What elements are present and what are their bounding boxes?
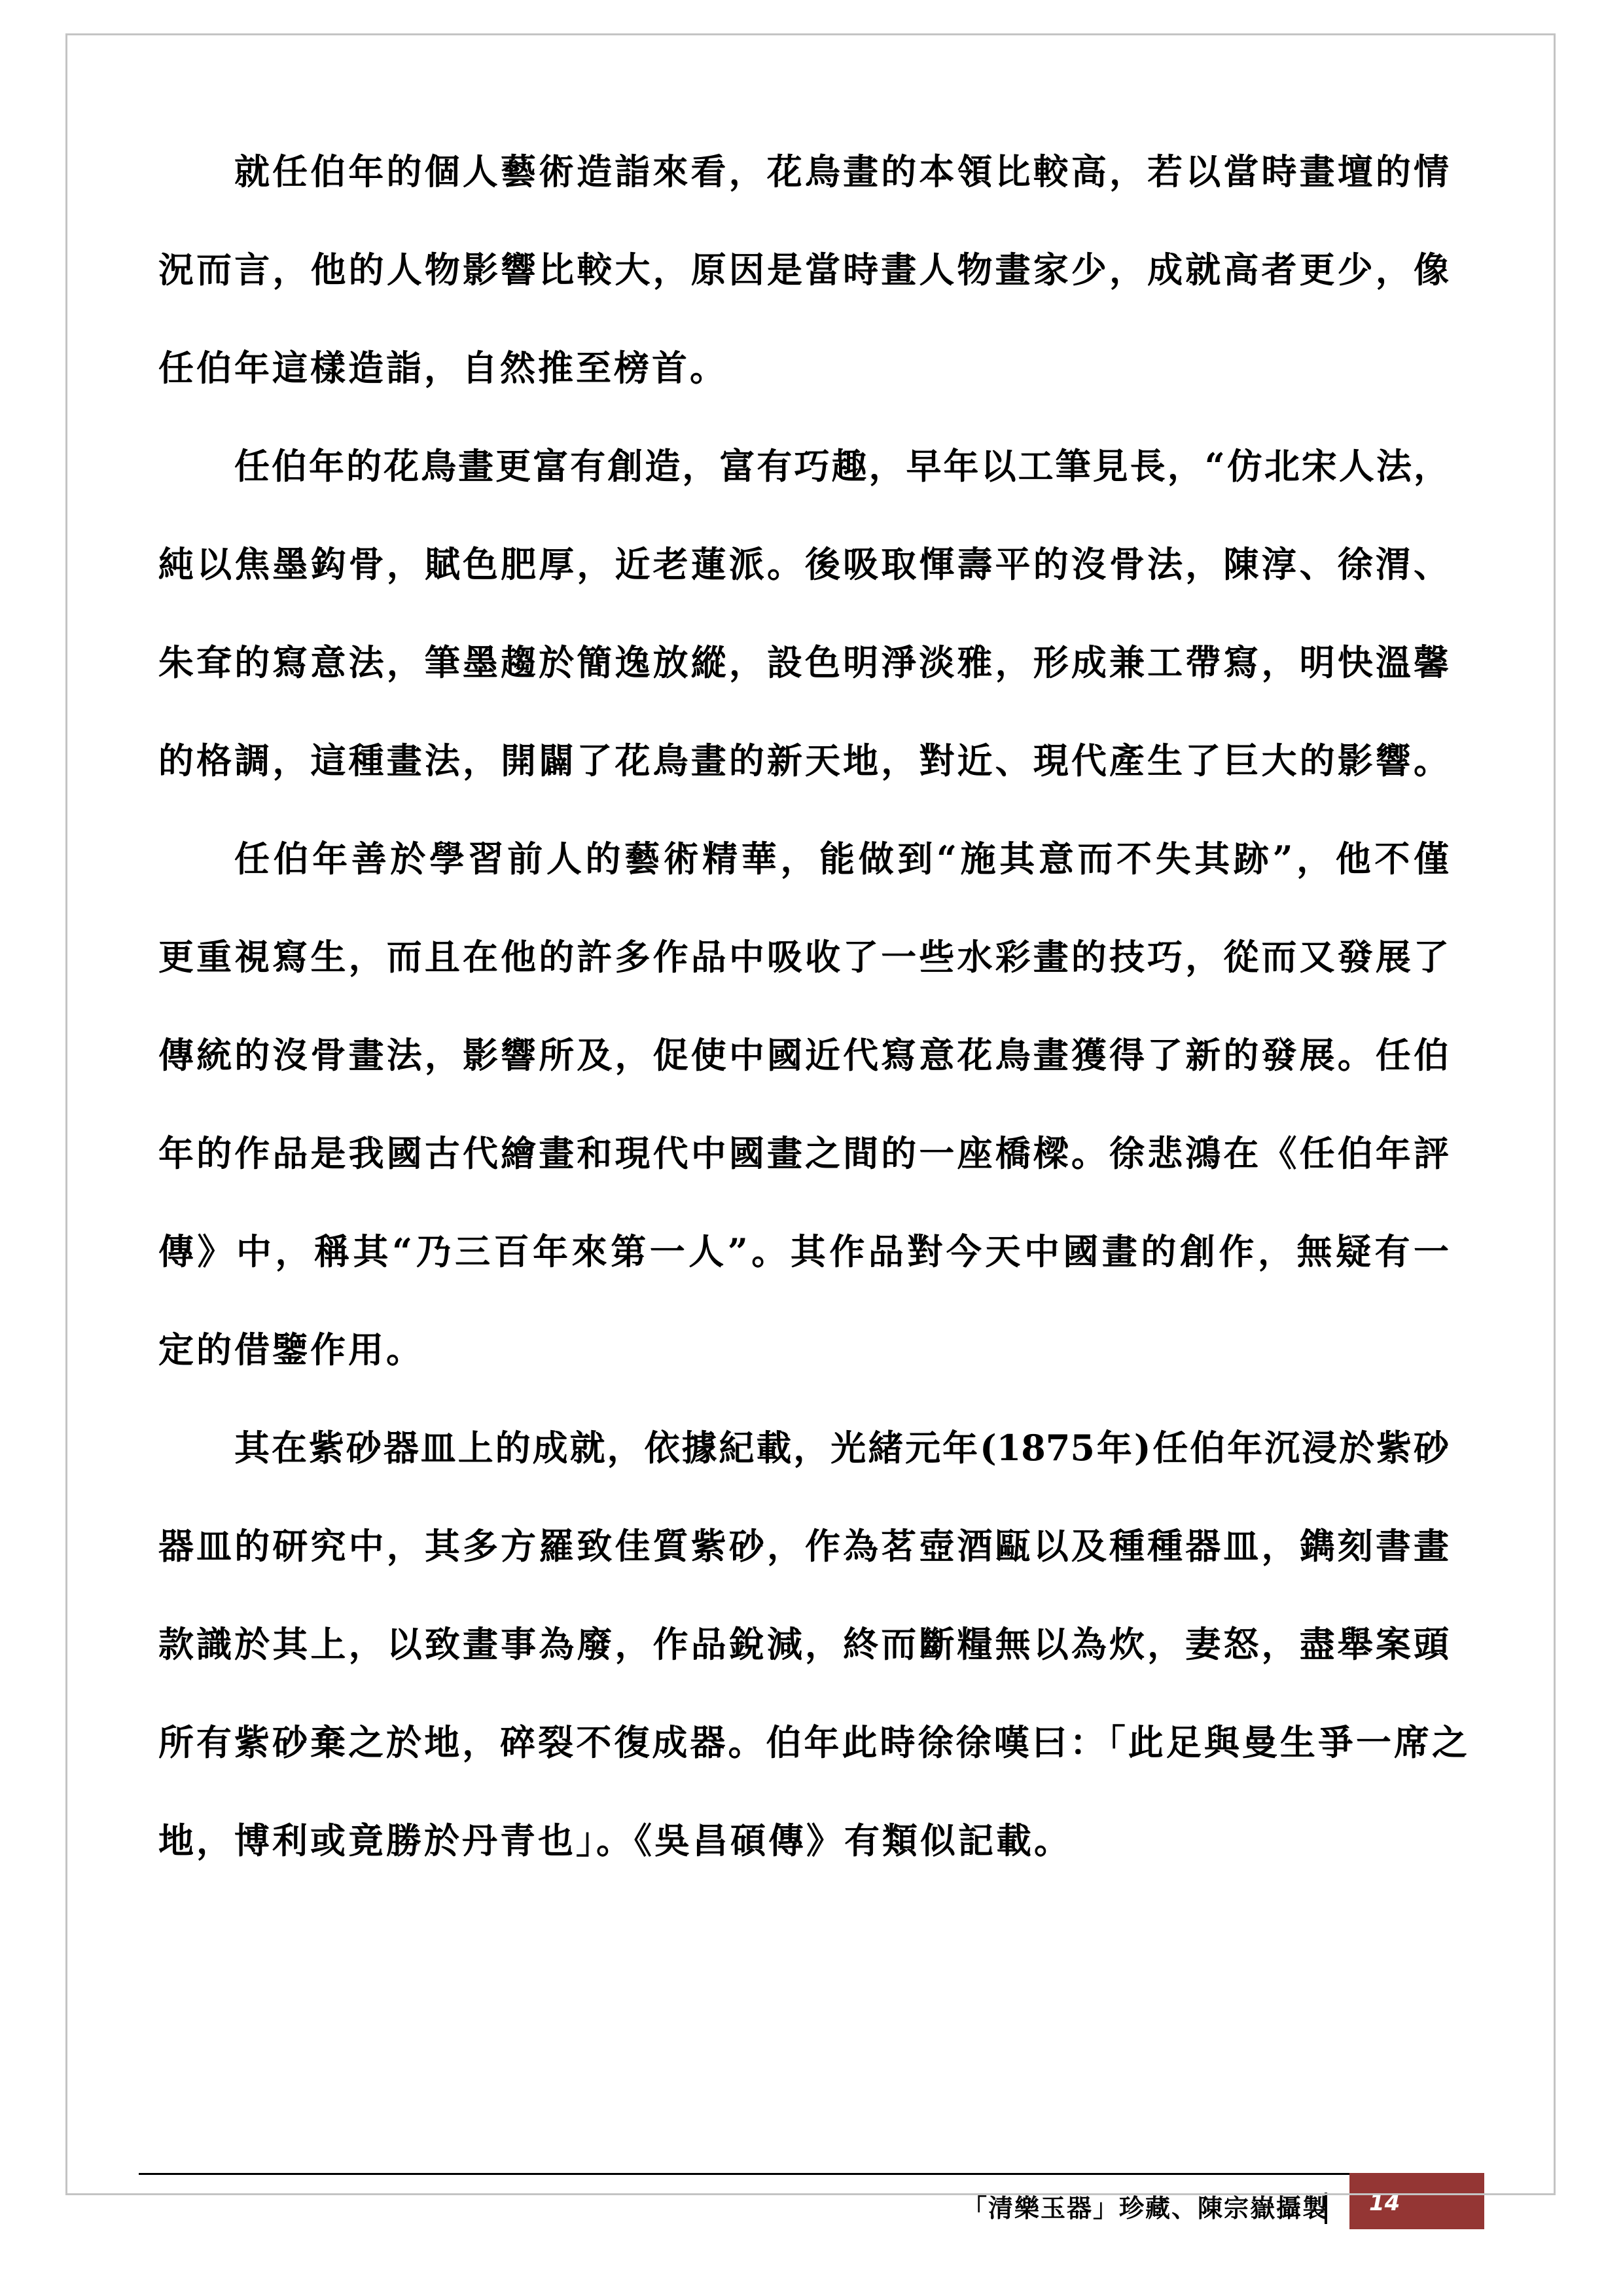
text-line: 定的借鑒作用。 bbox=[158, 1329, 1449, 1371]
text-line: 就任伯年的個人藝術造詣來看，花鳥畫的本領比較高，若以當時畫壇的情 bbox=[234, 151, 1449, 192]
text-line: 況而言，他的人物影響比較大，原因是當時畫人物畫家少，成就高者更少，像 bbox=[158, 249, 1449, 291]
text-line: 其在紫砂器皿上的成就，依據紀載，光緒元年(1875年)任伯年沉浸於紫砂 bbox=[234, 1427, 1449, 1469]
text-line: 器皿的研究中，其多方羅致佳質紫砂，作為茗壺酒甌以及種種器皿，鐫刻書畫 bbox=[158, 1525, 1449, 1567]
text-line: 年的作品是我國古代繪畫和現代中國畫之間的一座橋樑。徐悲鴻在《任伯年評 bbox=[158, 1132, 1449, 1174]
text-line: 更重視寫生，而且在他的許多作品中吸收了一些水彩畫的技巧，從而又發展了 bbox=[158, 936, 1449, 978]
text-line: 的格調，這種畫法，開闢了花鳥畫的新天地，對近、現代產生了巨大的影響。 bbox=[158, 740, 1449, 781]
page-number: 14 bbox=[1369, 2190, 1400, 2216]
text-line: 傳》中，稱其“乃三百年來第一人”。其作品對今天中國畫的創作，無疑有一 bbox=[158, 1230, 1449, 1272]
text-line: 地，博利或竟勝於丹青也」。《吳昌碩傳》有類似記載。 bbox=[158, 1820, 1449, 1861]
footer-separator bbox=[1325, 2193, 1327, 2224]
text-line: 純以焦墨鈎骨，賦色肥厚，近老蓮派。後吸取惲壽平的沒骨法，陳淳、徐渭、 bbox=[158, 543, 1449, 585]
text-line: 所有紫砂棄之於地，碎裂不復成器。伯年此時徐徐嘆曰：「此足與曼生爭一席之 bbox=[158, 1721, 1467, 1763]
text-line: 款識於其上，以致畫事為廢，作品銳減，終而斷糧無以為炊，妻怒，盡舉案頭 bbox=[158, 1623, 1449, 1665]
text-line: 任伯年的花鳥畫更富有創造，富有巧趣，早年以工筆見長，“仿北宋人法， bbox=[234, 445, 1449, 487]
footer-credit: 「清樂玉器」珍藏、陳宗嶽攝製 bbox=[942, 2190, 1329, 2227]
text-line: 任伯年這樣造詣，自然推至榜首。 bbox=[158, 347, 1449, 389]
text-line: 傳統的沒骨畫法，影響所及，促使中國近代寫意花鳥畫獲得了新的發展。任伯 bbox=[158, 1034, 1449, 1076]
page-number-badge: 14 bbox=[1349, 2173, 1484, 2229]
text-line: 任伯年善於學習前人的藝術精華，能做到“施其意而不失其跡”，他不僅 bbox=[234, 838, 1449, 880]
footer-rule bbox=[139, 2173, 1349, 2175]
text-line: 朱耷的寫意法，筆墨趨於簡逸放縱，設色明淨淡雅，形成兼工帶寫，明快溫馨 bbox=[158, 641, 1449, 683]
